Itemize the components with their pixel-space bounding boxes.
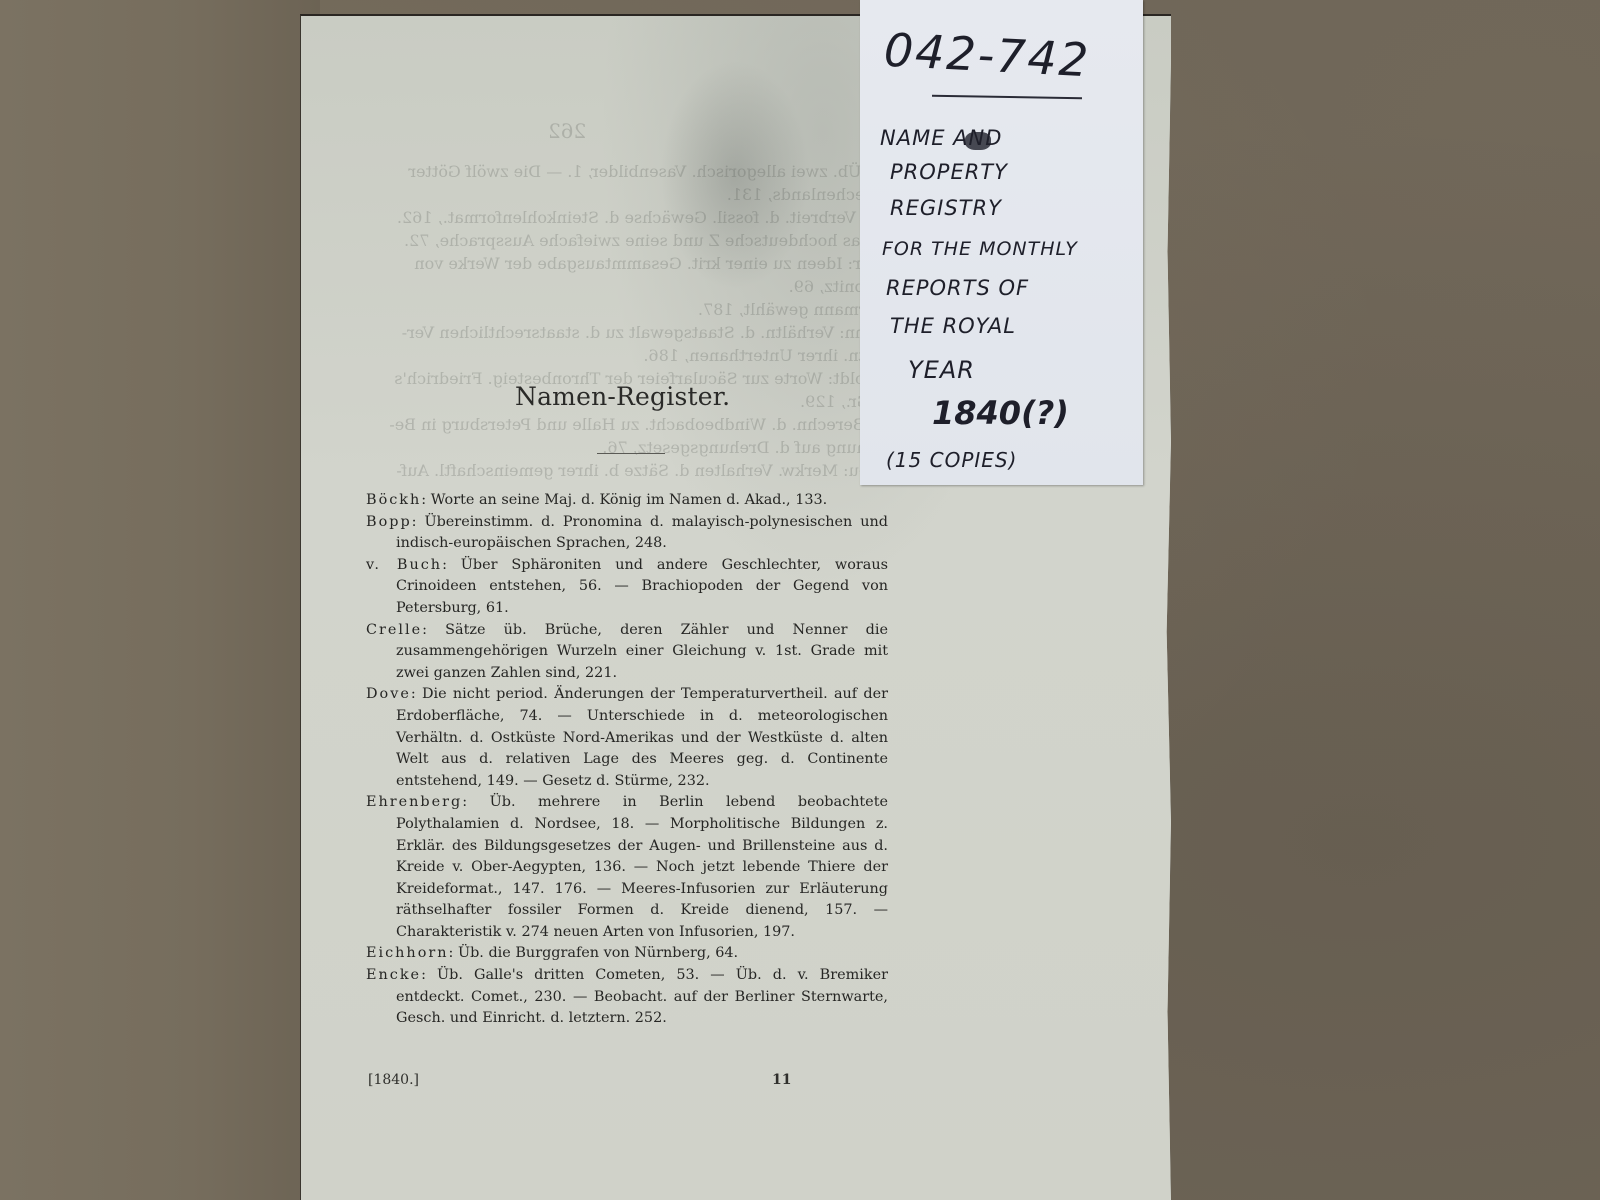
entry-text: Üb. Galle's dritten Cometen, 53. — Üb. d… — [396, 967, 888, 1026]
entry-separator: : — [411, 686, 422, 702]
bleed-through-line: hältn. ihrer Unterthanen, 186. — [370, 344, 890, 367]
bleed-through-line: Hermann gewählt, 187. — [370, 298, 890, 321]
bleed-through-text: rd: Üb. zwei allegorisch. Vasenbilder, 1… — [370, 160, 890, 482]
bleed-through-line: Leibnitz, 69. — [370, 275, 890, 298]
bleed-through-line: rd: Üb. zwei allegorisch. Vasenbilder, 1… — [370, 160, 890, 183]
register-entry: Ehrenberg: Üb. mehrere in Berlin lebend … — [366, 792, 888, 943]
bleed-through-line: ert: Verbreit. d. fossil. Gewächse d. St… — [370, 206, 890, 229]
note-copies: (15 copies) — [886, 448, 1017, 472]
entry-text: Üb. mehrere in Berlin lebend beobachtete… — [396, 794, 888, 940]
entry-text: Über Sphäroniten und andere Geschlechter… — [396, 557, 888, 616]
register-entry: Dove: Die nicht period. Änderungen der T… — [366, 684, 888, 792]
name-register-entries: Böckh: Worte an seine Maj. d. König im N… — [366, 490, 888, 1030]
entry-author-name: v. Buch — [366, 557, 442, 573]
note-line: Registry — [890, 196, 1002, 220]
bleed-through-page-number: 262 — [548, 120, 586, 143]
register-entry: Bopp: Übereinstimm. d. Pronomina d. mala… — [366, 512, 888, 555]
entry-author-name: Böckh — [366, 492, 421, 508]
entry-separator: : — [421, 967, 437, 983]
bleed-through-line: I: Das hochdeutsche Z und seine zwiefach… — [370, 229, 890, 252]
note-year: 1840(?) — [932, 394, 1069, 432]
bleed-through-line: Griechenlands, 131. — [370, 183, 890, 206]
register-entry: Eichhorn: Üb. die Burggrafen von Nürnber… — [366, 943, 888, 965]
cardboard-background — [0, 0, 320, 1200]
entry-author-name: Bopp — [366, 514, 412, 530]
entry-text: Sätze üb. Brüche, deren Zähler und Nenne… — [396, 622, 888, 681]
note-line: Property — [890, 160, 1008, 184]
handwritten-label-sticker: 042-742 Name and Property Registry For t… — [860, 0, 1143, 485]
entry-separator: : — [462, 794, 489, 810]
catalog-code-underline — [932, 95, 1082, 100]
entry-text: Die nicht period. Änderungen der Tempera… — [396, 686, 888, 788]
bleed-through-line: ziehung auf d. Drehungsgesetz, 76. — [370, 436, 890, 459]
register-entry: Crelle: Sätze üb. Brüche, deren Zähler u… — [366, 620, 888, 685]
entry-author-name: Encke — [366, 967, 421, 983]
entry-separator: : — [422, 622, 445, 638]
bleed-through-line: tz: Berechn. d. Windbeobacht. zu Halle u… — [370, 413, 890, 436]
entry-author-name: Ehrenberg — [366, 794, 462, 810]
register-entry: Encke: Üb. Galle's dritten Cometen, 53. … — [366, 965, 888, 1030]
footer-signature-mark: 11 — [772, 1072, 791, 1088]
bleed-through-line: auer: Ideen zu einer krit. Gesammtausgab… — [370, 252, 890, 275]
entry-separator: : — [421, 492, 430, 508]
register-entry: Böckh: Worte an seine Maj. d. König im N… — [366, 490, 888, 512]
entry-separator: : — [412, 514, 425, 530]
bleed-through-line: ...teu: Merkw. Verhalten d. Sätze b. ihr… — [370, 459, 890, 482]
note-line: The Royal — [890, 314, 1016, 338]
entry-text: Worte an seine Maj. d. König im Namen d.… — [431, 492, 828, 508]
note-line: Year — [908, 356, 975, 384]
entry-author-name: Eichhorn — [366, 945, 449, 961]
entry-text: Üb. die Burggrafen von Nürnberg, 64. — [458, 945, 738, 961]
bleed-through-line: mann: Verhältn. d. Staatsgewalt zu d. st… — [370, 321, 890, 344]
register-entry: v. Buch: Über Sphäroniten und andere Ges… — [366, 555, 888, 620]
entry-author-name: Crelle — [366, 622, 422, 638]
note-line: For the Monthly — [882, 238, 1078, 260]
note-line: Name and — [880, 126, 1002, 150]
entry-author-name: Dove — [366, 686, 411, 702]
note-line: Reports of — [886, 276, 1029, 300]
entry-separator: : — [442, 557, 461, 573]
title-divider — [597, 453, 665, 454]
entry-text: Übereinstimm. d. Pronomina d. malayisch-… — [396, 514, 888, 552]
footer-year: [1840.] — [368, 1072, 419, 1088]
page-title: Namen-Register. — [515, 382, 730, 411]
catalog-code: 042-742 — [883, 23, 1092, 88]
entry-separator: : — [449, 945, 458, 961]
